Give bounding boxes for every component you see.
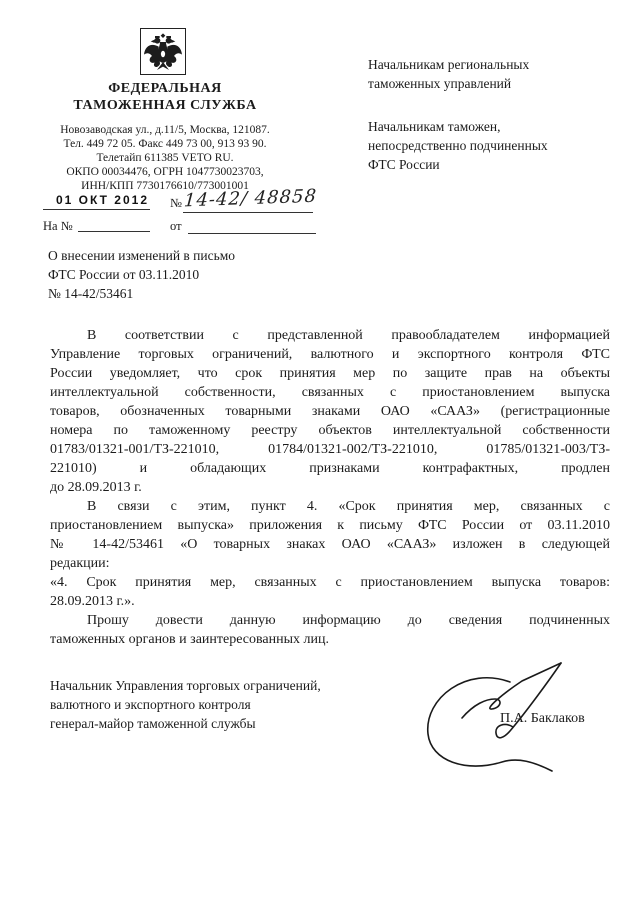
double-headed-eagle-icon <box>143 32 183 72</box>
body-line: Управление торговых ограничений, валютно… <box>50 345 610 364</box>
body-line: 28.09.2013 г.». <box>50 592 610 611</box>
body-line: Прошу довести данную информацию до сведе… <box>50 611 610 630</box>
subject-line: ФТС России от 03.11.2010 <box>48 265 348 284</box>
signer-title-line: валютного и экспортного контроля <box>50 695 380 714</box>
subject-line: О внесении изменений в письмо <box>48 246 348 265</box>
org-name-line2: ТАМОЖЕННАЯ СЛУЖБА <box>20 97 310 114</box>
reply-to-label: На № <box>43 219 73 234</box>
signer-title: Начальник Управления торговых ограничени… <box>50 676 380 733</box>
body-line: товаров, обозначенных товарными знаками … <box>50 402 610 421</box>
body-line: редакции: <box>50 554 610 573</box>
body-line: 221010) и обладающих признаками контрафа… <box>50 459 610 478</box>
body-line: до 28.09.2013 г. <box>50 478 610 497</box>
org-name-line1: ФЕДЕРАЛЬНАЯ <box>20 80 310 97</box>
letter-page: ФЕДЕРАЛЬНАЯ ТАМОЖЕННАЯ СЛУЖБА Новозаводс… <box>0 0 640 900</box>
recipient-block-regional: Начальникам региональных таможенных упра… <box>368 55 613 93</box>
address-line: ОКПО 00034476, ОГРН 1047730023703, <box>20 165 310 179</box>
reply-number-rule <box>78 231 150 232</box>
body-line: номера по таможенному реестру объектов и… <box>50 421 610 440</box>
org-address: Новозаводская ул., д.11/5, Москва, 12108… <box>20 123 310 193</box>
address-line: Тел. 449 72 05. Факс 449 73 00, 913 93 9… <box>20 137 310 151</box>
recipient-block-customs: Начальникам таможен, непосредственно под… <box>368 117 613 174</box>
reply-date-rule <box>188 233 316 234</box>
address-line: Телетайп 611385 VETO RU. <box>20 151 310 165</box>
fts-emblem <box>140 28 186 75</box>
subject: О внесении изменений в письмо ФТС России… <box>48 246 348 303</box>
body-line: В связи с этим, пункт 4. «Срок принятия … <box>50 497 610 516</box>
subject-line: № 14-42/53461 <box>48 284 348 303</box>
date-rule <box>43 209 150 210</box>
body-line: таможенных органов и заинтересованных ли… <box>50 630 610 649</box>
body-line: приостановлением выпуска» приложения к п… <box>50 516 610 535</box>
recipient-line: Начальникам региональных <box>368 55 613 74</box>
body-line: 01783/01321-001/ТЗ-221010, 01784/01321-0… <box>50 440 610 459</box>
recipient-line: Начальникам таможен, <box>368 117 613 136</box>
signer-title-line: генерал-майор таможенной службы <box>50 714 380 733</box>
recipients: Начальникам региональных таможенных упра… <box>368 55 613 174</box>
letter-body: В соответствии с представленной правообл… <box>50 326 610 649</box>
body-line: России уведомляет, что срок принятия мер… <box>50 364 610 383</box>
body-line: интеллектуальной собственности, связанны… <box>50 383 610 402</box>
number-sign-label: № <box>170 196 182 211</box>
signer-title-line: Начальник Управления торговых ограничени… <box>50 676 380 695</box>
number-rule <box>183 212 313 213</box>
recipient-line: таможенных управлений <box>368 74 613 93</box>
body-line: В соответствии с представленной правообл… <box>50 326 610 345</box>
outgoing-number-handwritten: 14-42/ 48858 <box>183 186 317 212</box>
signer-name: П.А. Баклаков <box>500 711 585 727</box>
body-line: № 14-42/53461 «О товарных знаках ОАО «СА… <box>50 535 610 554</box>
recipient-line: непосредственно подчиненных <box>368 136 613 155</box>
date-stamp: 01 ОКТ 2012 <box>56 193 149 207</box>
recipient-line: ФТС России <box>368 155 613 174</box>
body-line: «4. Срок принятия мер, связанных с приос… <box>50 573 610 592</box>
org-name: ФЕДЕРАЛЬНАЯ ТАМОЖЕННАЯ СЛУЖБА <box>20 80 310 114</box>
reply-from-label: от <box>170 219 182 234</box>
address-line: Новозаводская ул., д.11/5, Москва, 12108… <box>20 123 310 137</box>
